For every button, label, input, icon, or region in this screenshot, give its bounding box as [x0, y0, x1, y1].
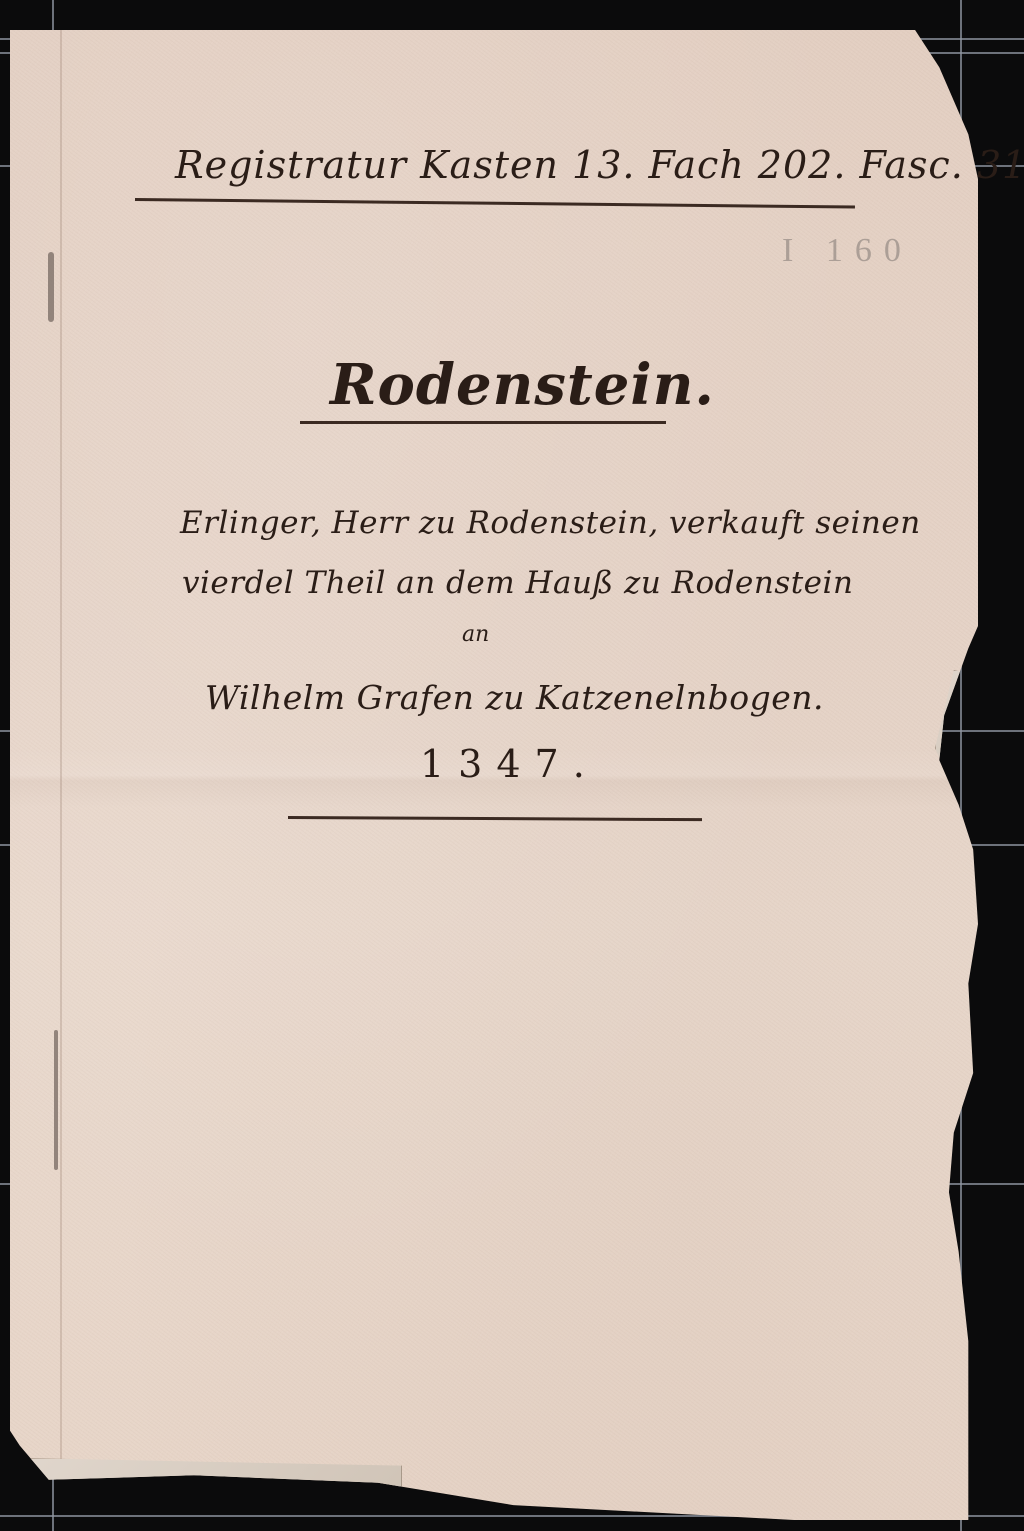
- folded-bottom-flap: [20, 1458, 402, 1522]
- document-year: 1347.: [420, 742, 599, 786]
- document-title: Rodenstein.: [330, 352, 715, 418]
- margin-ink-mark: [48, 252, 54, 322]
- description-line-3: an: [462, 622, 489, 647]
- description-line-4: Wilhelm Grafen zu Katzenelnbogen.: [205, 678, 824, 717]
- registry-reference: Registratur Kasten 13. Fach 202. Fasc. 3…: [175, 143, 1024, 187]
- description-line-2: vierdel Theil an dem Hauß zu Rodenstein: [182, 565, 853, 601]
- description-line-1: Erlinger, Herr zu Rodenstein, verkauft s…: [180, 505, 921, 541]
- title-underline: [300, 421, 666, 424]
- pencil-shelf-number: I 160: [782, 232, 913, 270]
- margin-ink-mark: [54, 1030, 58, 1170]
- vertical-fold-crease: [60, 30, 62, 1520]
